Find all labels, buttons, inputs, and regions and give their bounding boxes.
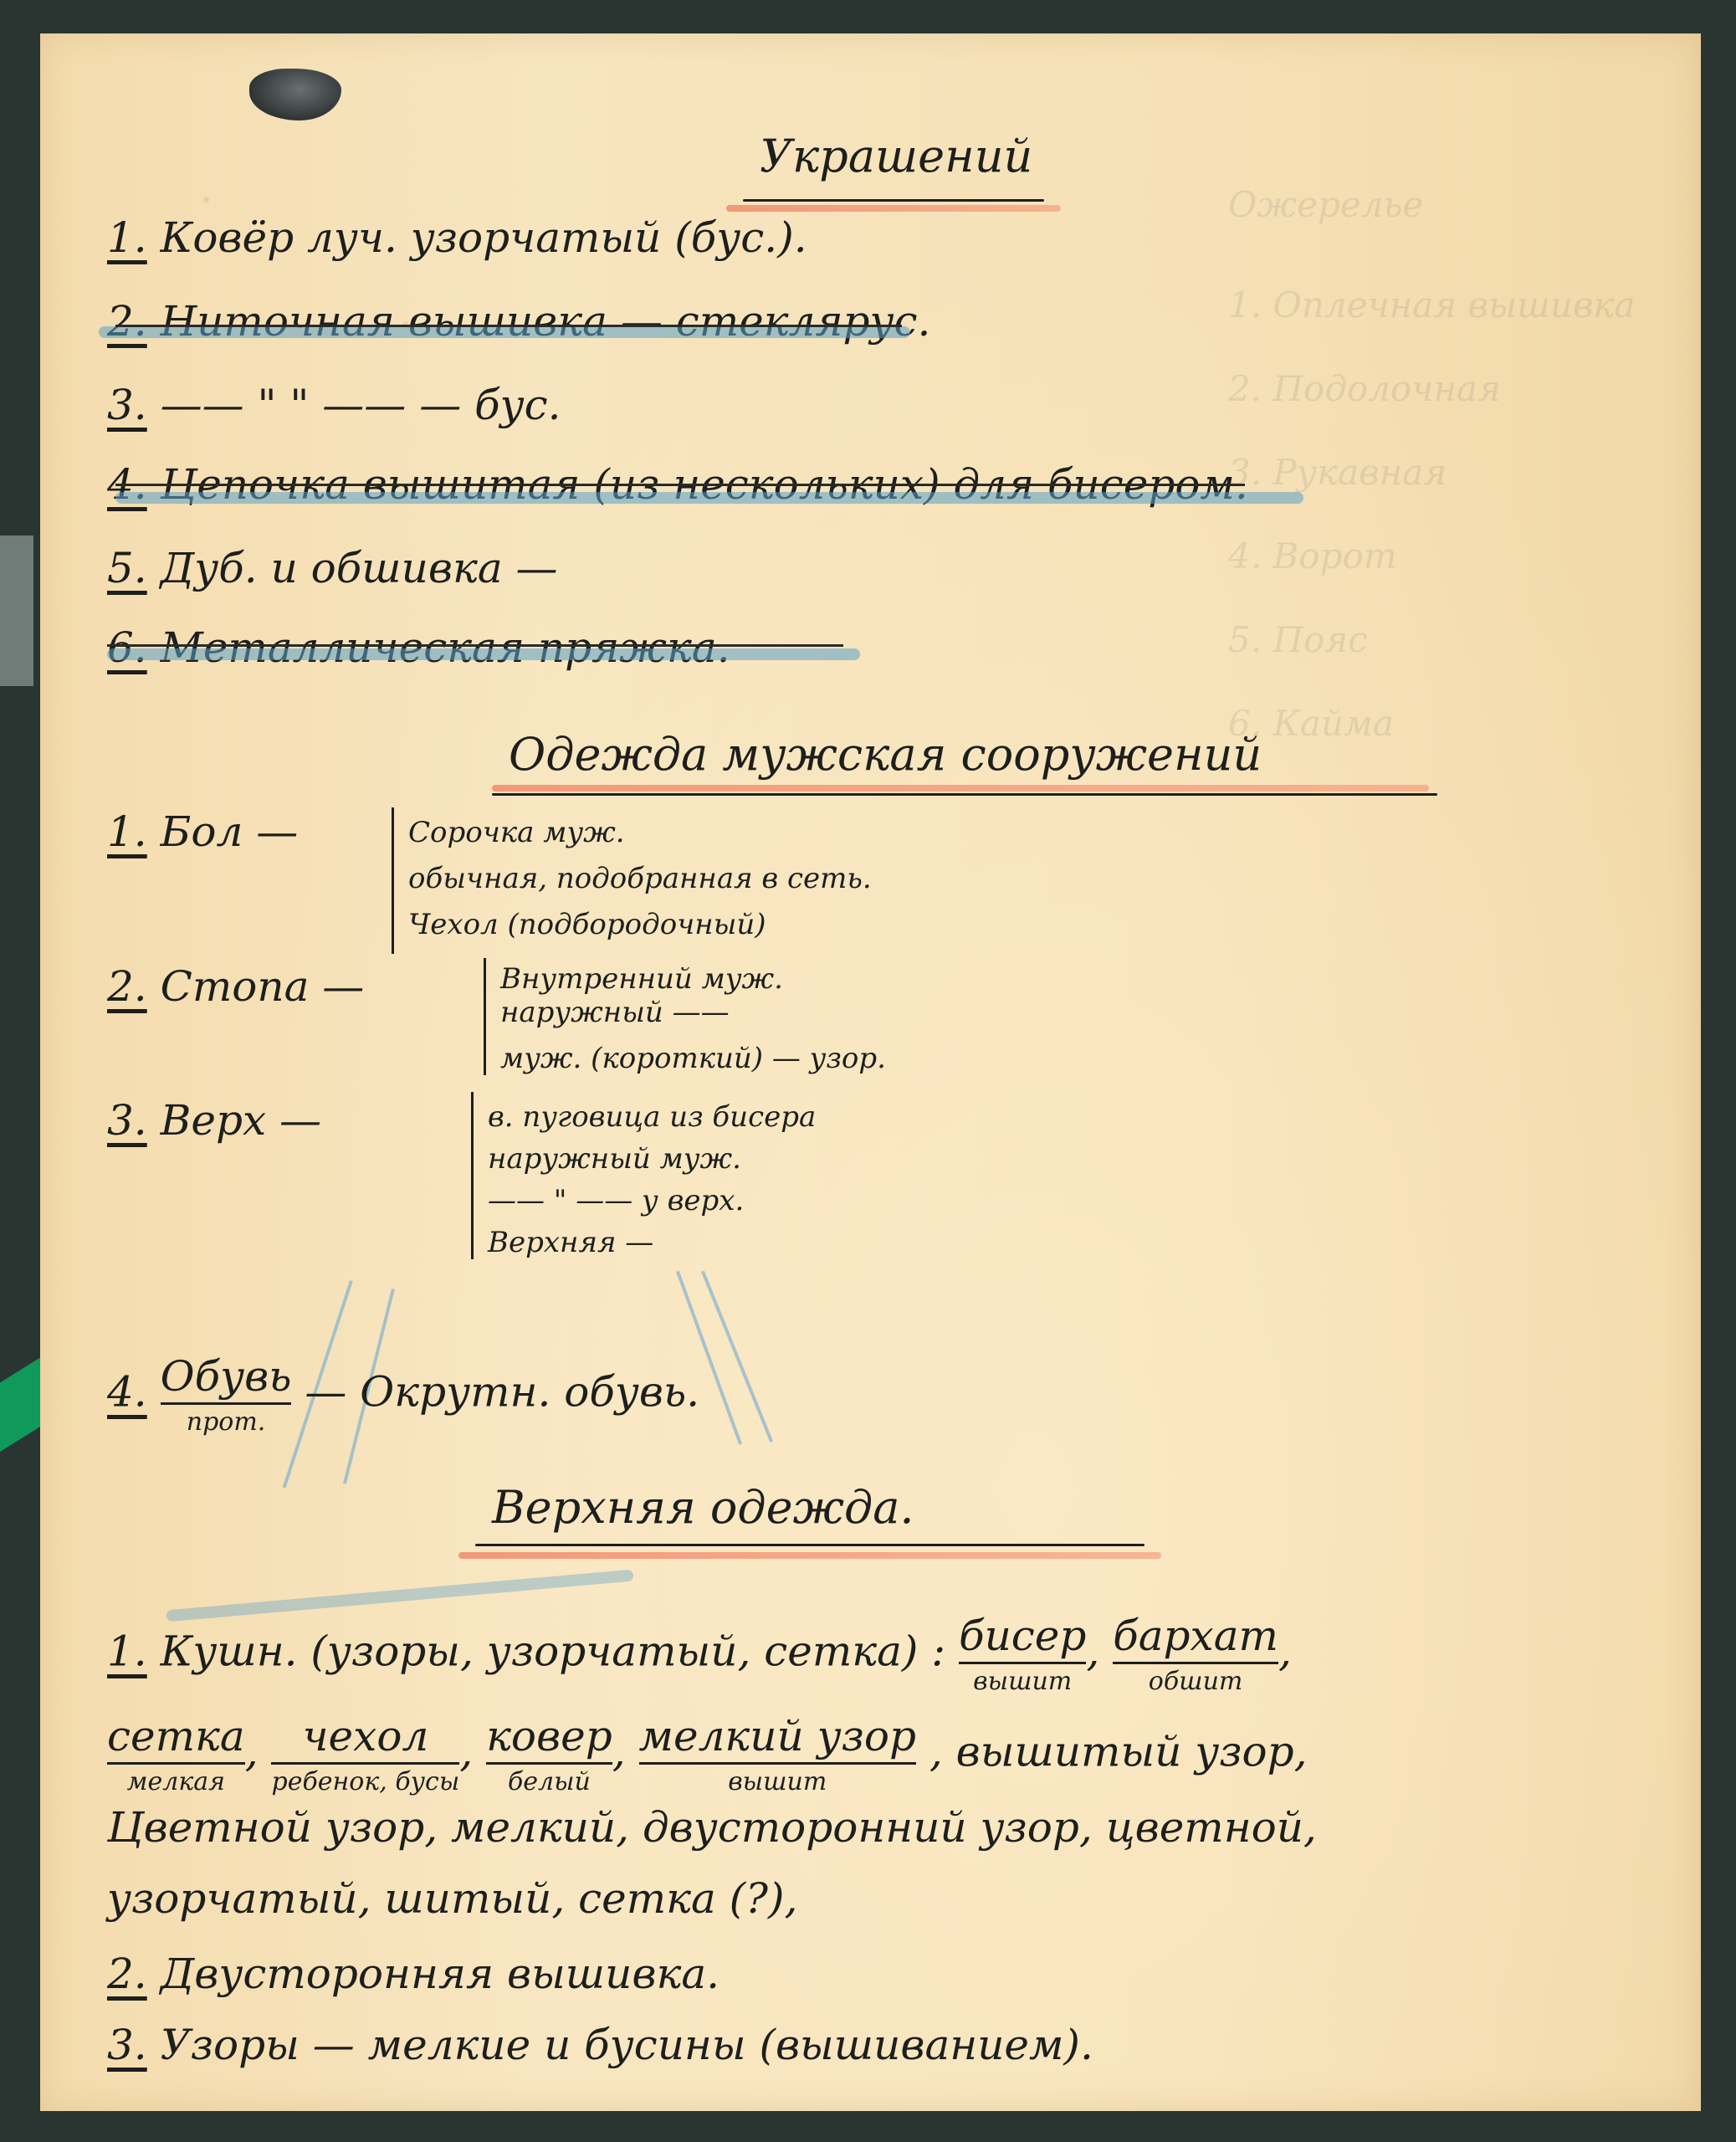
fraction-bottom: обшит <box>1113 1664 1278 1694</box>
detail-line: наружный —— <box>500 996 730 1029</box>
fraction-top: ковер <box>486 1715 612 1765</box>
detail-line: Чехол (подбородочный) <box>408 908 766 941</box>
item-text: Кушн. (узоры, узорчатый, сетка) : <box>161 1627 946 1676</box>
item-text: —— " " —— — бус. <box>161 381 561 429</box>
detail-line: муж. (короткий) — узор. <box>500 1042 886 1075</box>
item-number: 3. <box>107 381 147 429</box>
ink-strikethrough <box>107 644 843 647</box>
fraction-top: мелкий узор <box>639 1715 916 1765</box>
item-text: Металлическая пряжка. <box>161 623 730 672</box>
blue-pencil-mark <box>166 1570 633 1622</box>
item-number: 1. <box>107 1627 147 1676</box>
item-text: Дуб. и обшивка — <box>161 544 558 592</box>
fraction-top: бархат <box>1113 1615 1278 1664</box>
fraction: бархат обшит <box>1113 1615 1278 1694</box>
ghost-line: 5. Пояс <box>1228 619 1368 660</box>
list-item: 3. —— " " —— — бус. <box>107 381 561 429</box>
heading-underline <box>492 793 1437 796</box>
heading-red-underline <box>458 1552 1161 1559</box>
list-item: 2. Стопа — <box>107 962 364 1011</box>
fraction-bottom: ребенок, бусы <box>271 1765 459 1795</box>
fraction: чехол ребенок, бусы <box>271 1715 459 1795</box>
item-number: 3. <box>107 2021 147 2069</box>
section2-heading: Одежда мужская сооружений <box>509 728 1262 781</box>
bracket <box>471 1092 474 1259</box>
detail-line: Сорочка муж. <box>408 816 625 849</box>
item-number: 1. <box>107 213 147 262</box>
detail-line: обычная, подобранная в сеть. <box>408 862 872 895</box>
blue-strikethrough <box>107 648 860 660</box>
item-number: 2. <box>107 1950 147 1998</box>
item-number: 1. <box>107 807 147 856</box>
detail-line: в. пуговица из бисера <box>488 1100 816 1134</box>
blue-strikethrough <box>115 492 1303 504</box>
item-text: — Окрутн. обувь. <box>305 1368 699 1417</box>
heading-underline <box>743 199 1044 202</box>
fraction: ковер белый <box>486 1715 612 1795</box>
manuscript-page: Ожерелье 1. Оплечная вышивка 2. Подолочн… <box>40 33 1701 2111</box>
ghost-line: Ожерелье <box>1228 184 1423 225</box>
fraction-top: сетка <box>107 1715 245 1765</box>
list-item: 5. Дуб. и обшивка — <box>107 544 558 592</box>
fraction: сетка мелкая <box>107 1715 245 1795</box>
list-item: 3. Узоры — мелкие и бусины (вышиванием). <box>107 2021 1093 2069</box>
bracket <box>392 807 394 954</box>
item-number: 2. <box>107 962 147 1011</box>
ink-strikethrough <box>115 484 1245 486</box>
item-label: Стопа — <box>161 962 365 1011</box>
item-number: 4. <box>107 1368 147 1417</box>
label-bottom: прот. <box>161 1405 292 1435</box>
fraction-bottom: вышит <box>959 1664 1086 1694</box>
item-text: Двусторонняя вышивка. <box>161 1950 719 1998</box>
list-item: 1. Ковёр луч. узорчатый (бус.). <box>107 213 807 262</box>
heading-red-underline <box>492 785 1429 792</box>
item-text: Ниточная вышивка — стеклярус. <box>161 297 931 346</box>
section3-heading: Верхняя одежда. <box>492 1481 914 1534</box>
fraction-bottom: белый <box>486 1765 612 1795</box>
list-item: 1. Кушн. (узоры, узорчатый, сетка) : бис… <box>107 1615 1292 1694</box>
bracket <box>484 958 486 1075</box>
list-item-continued: Цветной узор, мелкий, двусторонний узор,… <box>107 1803 1317 1852</box>
fraction-label: Обувь прот. <box>161 1355 292 1435</box>
ghost-line: 4. Ворот <box>1228 535 1397 576</box>
detail-line: Внутренний муж. <box>500 962 783 996</box>
item-text: Узоры — мелкие и бусины (вышиванием). <box>161 2021 1093 2069</box>
heading-underline <box>475 1544 1145 1546</box>
ink-blot <box>249 69 341 120</box>
detail-line: Верхняя — <box>488 1226 653 1259</box>
list-item: 2. Двусторонняя вышивка. <box>107 1950 719 1998</box>
list-item: 1. Бол — <box>107 807 298 856</box>
fraction-top: чехол <box>271 1715 459 1765</box>
detail-line: —— " —— у верх. <box>488 1184 744 1217</box>
list-item: 4. Обувь прот. — Окрутн. обувь. <box>107 1355 699 1435</box>
fraction-bottom: вышит <box>639 1765 916 1795</box>
mount-shadow <box>0 535 33 686</box>
item-number: 6. <box>107 623 147 672</box>
ghost-line: 3. Рукавная <box>1228 452 1447 493</box>
item-text: Ковёр луч. узорчатый (бус.). <box>161 213 807 262</box>
ink-strikethrough <box>115 325 902 327</box>
item-number: 5. <box>107 544 147 592</box>
section1-heading: Украшений <box>760 130 1032 182</box>
item-label: Бол — <box>161 807 299 856</box>
fraction: мелкий узор вышит <box>639 1715 916 1795</box>
item-text: , вышитый узор, <box>929 1728 1308 1776</box>
list-item-struck: 2. Ниточная вышивка — стеклярус. <box>107 297 930 346</box>
label-top: Обувь <box>161 1355 292 1405</box>
ghost-line: 1. Оплечная вышивка <box>1228 284 1636 325</box>
item-number: 2. <box>107 297 147 346</box>
item-number: 3. <box>107 1096 147 1145</box>
heading-red-underline <box>726 205 1061 212</box>
blue-strikethrough <box>99 326 910 338</box>
list-item-continued: узорчатый, шитый, сетка (?), <box>107 1874 797 1923</box>
list-item-continued: сетка мелкая , чехол ребенок, бусы , ков… <box>107 1715 1308 1795</box>
list-item: 3. Верх — <box>107 1096 321 1145</box>
fraction-bottom: мелкая <box>107 1765 245 1795</box>
fraction-top: бисер <box>959 1615 1086 1664</box>
item-label: Верх — <box>161 1096 321 1145</box>
fraction: бисер вышит <box>959 1615 1086 1694</box>
ghost-line: 2. Подолочная <box>1228 368 1501 409</box>
list-item-struck: 6. Металлическая пряжка. <box>107 623 730 672</box>
blue-pencil-mark <box>701 1271 773 1443</box>
detail-line: наружный муж. <box>488 1142 741 1176</box>
